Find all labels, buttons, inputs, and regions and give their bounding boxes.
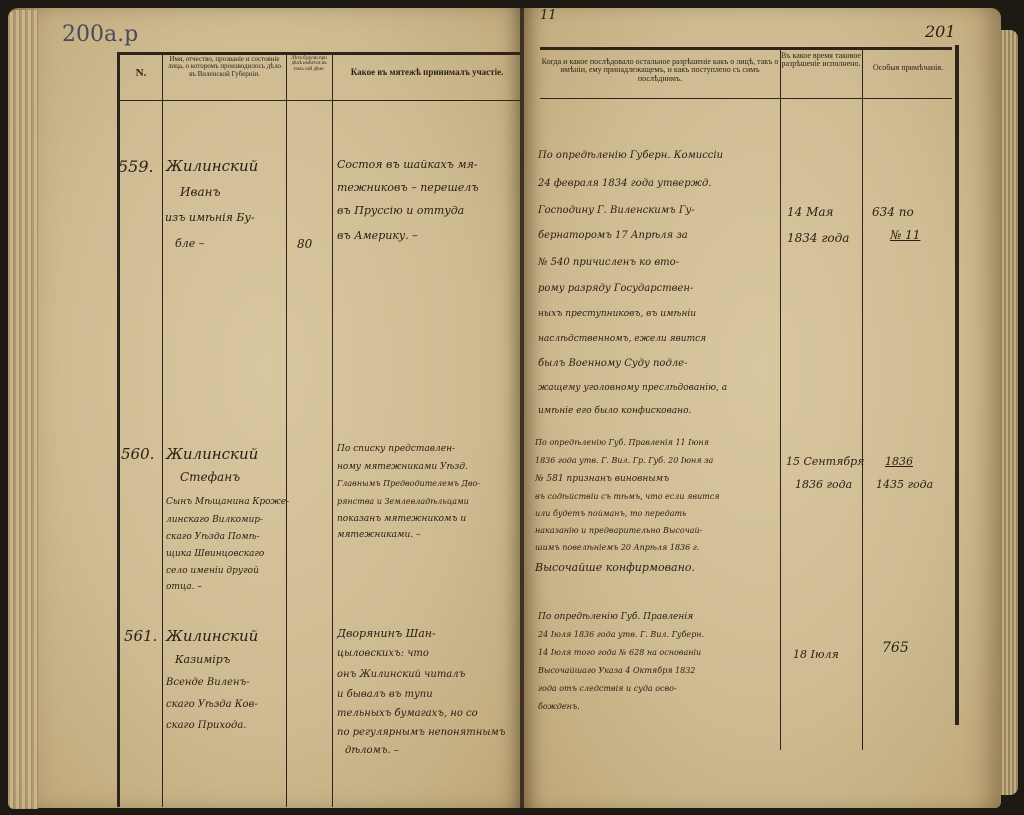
resolution-line: божденъ. bbox=[538, 702, 580, 711]
resolution-line: 24 февраля 1834 года утвержд. bbox=[538, 178, 712, 189]
left-page-edges bbox=[8, 10, 38, 809]
right-header-top-rule bbox=[540, 47, 952, 50]
entry-participation-line: дѣломъ. – bbox=[345, 745, 399, 756]
entry-name-line: Всенде Виленъ- bbox=[166, 677, 250, 688]
resolution-line: Господину Г. Виленскимъ Гу- bbox=[538, 205, 695, 216]
right-outer-border bbox=[955, 45, 959, 725]
header-resolution: Когда и какое послѣдовало остальное разр… bbox=[541, 58, 779, 83]
header-name: Имя, отчество, прозваніе и состояніе лиц… bbox=[164, 56, 285, 78]
page-marker: 11 bbox=[540, 8, 557, 23]
book-spine bbox=[520, 8, 524, 808]
resolution-line: Высочайшаго Указа 4 Октября 1832 bbox=[538, 666, 695, 675]
entry-name-line: скаго Уѣзда Помѣ- bbox=[166, 532, 260, 542]
header-age: Лѣта будучи при дѣлѣ имѣется въ томъ сей… bbox=[287, 56, 331, 72]
left-col-divider-1 bbox=[162, 55, 163, 807]
resolution-line: Высочайше конфирмовано. bbox=[535, 561, 695, 574]
right-header-bottom-rule bbox=[540, 98, 952, 99]
resolution-line: По опредѣленію Губ. Правленія 11 Іюня bbox=[535, 438, 709, 447]
entry-participation-line: Главнымъ Предводителемъ Дво- bbox=[337, 479, 480, 488]
entry-name-line: линскаго Вилкомир- bbox=[166, 515, 263, 525]
resolution-line: шимъ повелѣніемъ 20 Апрѣля 1836 г. bbox=[535, 543, 699, 552]
resolution-line: жащему уголовному преслѣдованію, а bbox=[538, 383, 727, 393]
resolution-line: 14 Іюля того года № 628 на основаніи bbox=[538, 648, 701, 657]
entry-name-line: Иванъ bbox=[180, 185, 221, 199]
notes-line: 1435 года bbox=[876, 478, 933, 491]
header-number: N. bbox=[120, 68, 162, 80]
entry-participation-line: показанъ мятежникомъ и bbox=[337, 514, 466, 524]
header-participation: Какое въ мятежѣ принималъ участіе. bbox=[334, 68, 520, 77]
entry-name-line: скаго Уѣзда Ков- bbox=[166, 699, 258, 710]
executed-line: 15 Сентября bbox=[786, 455, 864, 468]
entry-name-line: Жилинский bbox=[166, 627, 258, 645]
right-page-edges bbox=[1000, 30, 1018, 795]
resolution-line: 24 Іюля 1836 года утв. Г. Вил. Губерн. bbox=[538, 630, 704, 639]
entry-number: 561. bbox=[124, 627, 157, 645]
entry-name-line: бле – bbox=[175, 237, 204, 250]
entry-name-line: щика Швинцовскаго bbox=[166, 549, 264, 559]
entry-participation-line: мятежниками. – bbox=[337, 530, 420, 540]
resolution-line: года отъ следствія и суда осво- bbox=[538, 684, 677, 693]
left-col-divider-2 bbox=[286, 55, 287, 807]
notes-line: 1836 bbox=[885, 455, 913, 468]
resolution-line: рому разряду Государствен- bbox=[538, 283, 693, 294]
resolution-line: По опредѣленію Губ. Правленія bbox=[538, 612, 693, 622]
resolution-line: По опредѣленію Губерн. Комиссіи bbox=[538, 150, 723, 161]
resolution-line: или будетъ пойманъ, то передать bbox=[535, 509, 686, 518]
entry-participation-line: тежниковъ – перешелъ bbox=[337, 181, 479, 194]
entry-participation-line: цыловскихъ: что bbox=[337, 648, 429, 659]
entry-participation-line: рянства и Землевладѣльцами bbox=[337, 497, 469, 506]
entry-name-line: Казиміръ bbox=[175, 653, 230, 666]
entry-name-line: село именіи другой bbox=[166, 566, 259, 576]
resolution-line: № 581 признанъ виновнымъ bbox=[535, 474, 669, 484]
folio-number: 201 bbox=[925, 22, 956, 41]
resolution-line: имѣніе его было конфисковано. bbox=[538, 406, 691, 416]
entry-participation-line: Дворянинъ Шан- bbox=[337, 627, 436, 640]
executed-line: 18 Іюля bbox=[793, 648, 839, 661]
entry-number: 559. bbox=[118, 157, 154, 176]
resolution-line: наслѣдственномъ, ежели явится bbox=[538, 334, 706, 344]
entry-name-line: Сынъ Мѣщанина Кроже- bbox=[166, 497, 289, 507]
entry-participation-line: тельныхъ бумагахъ, но со bbox=[337, 708, 478, 719]
entry-participation-line: онъ Жилинский читалъ bbox=[337, 669, 465, 680]
resolution-line: 1836 года утв. Г. Вил. Гр. Губ. 20 Іюня … bbox=[535, 456, 713, 465]
entry-name-line: Жилинский bbox=[166, 445, 258, 463]
entry-participation-line: По списку представлен- bbox=[337, 444, 455, 454]
entry-age: 80 bbox=[297, 237, 312, 251]
executed-line: 1836 года bbox=[795, 478, 852, 491]
entry-name-line: Жилинский bbox=[166, 157, 258, 175]
entry-name-line: скаго Прихода. bbox=[166, 720, 247, 731]
left-page bbox=[8, 8, 523, 808]
entry-participation-line: Состоя въ шайкахъ мя- bbox=[337, 158, 478, 171]
header-notes: Особыя примѣчанія. bbox=[863, 64, 953, 72]
entry-participation-line: по регулярнымъ непонятнымъ bbox=[337, 727, 505, 738]
executed-line: 14 Мая bbox=[787, 205, 833, 219]
entry-name-line: отца. – bbox=[166, 582, 202, 592]
resolution-line: ныхъ преступниковъ, въ имѣніи bbox=[538, 309, 696, 319]
notes-line: 765 bbox=[882, 640, 909, 656]
header-executed: Въ какое время таковое разрѣшеніе исполн… bbox=[781, 52, 861, 69]
resolution-line: былъ Военному Суду подле- bbox=[538, 358, 687, 369]
notes-line: № 11 bbox=[890, 228, 920, 242]
entry-name-line: Стефанъ bbox=[180, 470, 240, 484]
executed-line: 1834 года bbox=[787, 231, 849, 245]
notes-line: 634 по bbox=[872, 205, 914, 219]
entry-participation-line: и бывалъ въ тупи bbox=[337, 689, 433, 700]
entry-participation-line: ному мятежниками Уѣзд. bbox=[337, 462, 468, 472]
open-ledger-book: 200a.p N. Имя, отчество, прозваніе и сос… bbox=[0, 0, 1024, 815]
entry-name-line: изъ имѣнія Бу- bbox=[165, 211, 255, 224]
right-col-divider-1 bbox=[780, 50, 781, 750]
archive-reference: 200a.p bbox=[62, 22, 138, 47]
resolution-line: № 540 причисленъ ко вто- bbox=[538, 257, 679, 268]
resolution-line: бернаторомъ 17 Апрѣля за bbox=[538, 230, 688, 241]
resolution-line: наказанію и предварительно Высочай- bbox=[535, 526, 702, 535]
resolution-line: въ содѣйствіи съ тѣмъ, что если явится bbox=[535, 492, 720, 501]
right-col-divider-2 bbox=[862, 50, 863, 750]
entry-number: 560. bbox=[121, 445, 154, 463]
entry-participation-line: въ Америку. – bbox=[337, 229, 418, 242]
left-col-divider-3 bbox=[332, 55, 333, 807]
entry-participation-line: въ Пруссію и оттуда bbox=[337, 204, 464, 217]
left-header-bottom-rule bbox=[118, 100, 521, 101]
